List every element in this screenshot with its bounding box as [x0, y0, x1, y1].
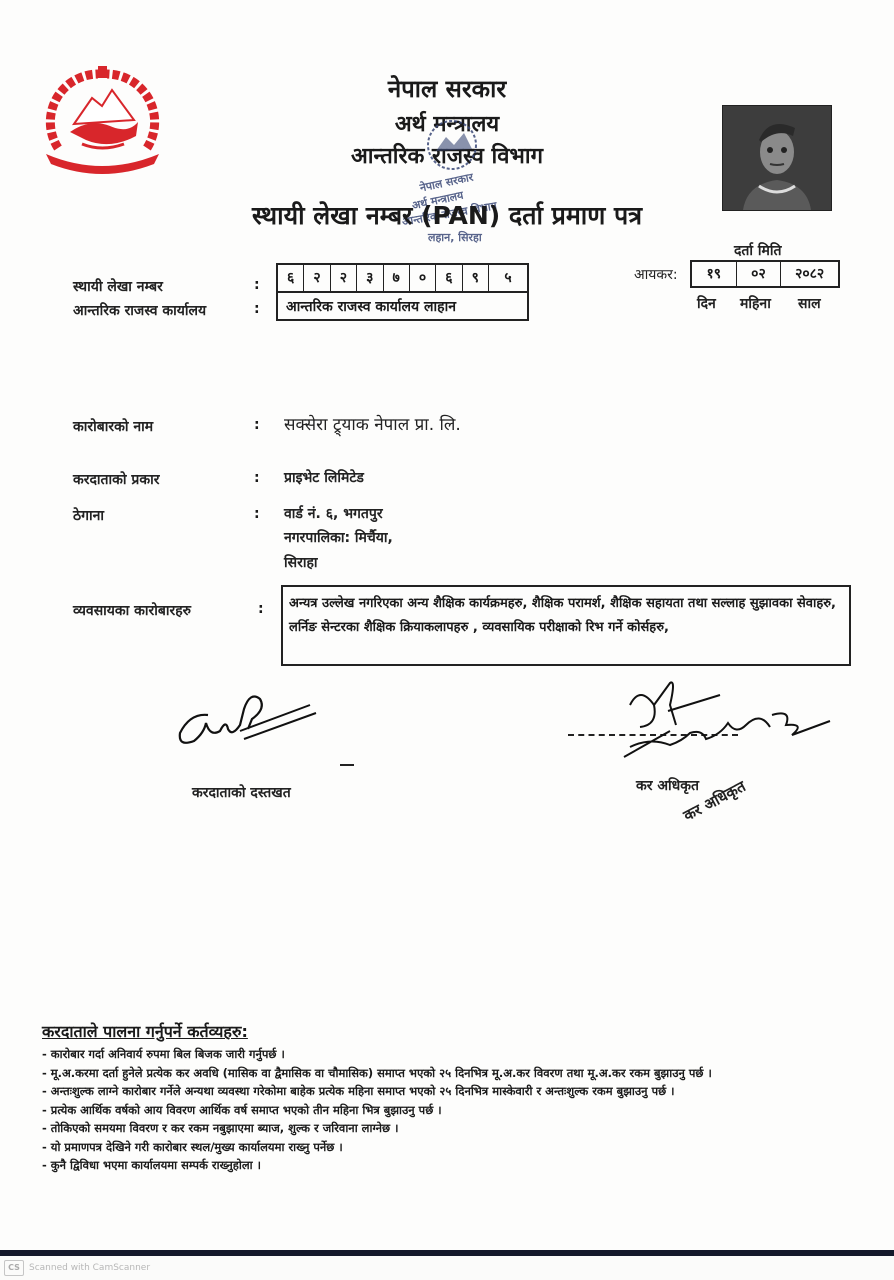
- duty-item: - कारोबार गर्दा अनिवार्य रुपमा बिल बिजक …: [42, 1045, 862, 1064]
- business-activities-value: अन्यत्र उल्लेख नगरिएका अन्य शैक्षिक कार्…: [281, 585, 851, 666]
- pan-colon: :: [254, 277, 260, 293]
- svg-text:लहान, सिरहा: लहान, सिरहा: [427, 230, 483, 244]
- address-line2: नगरपालिका: मिर्चैया,: [284, 528, 393, 547]
- dash-mark: [340, 764, 354, 766]
- duty-item: - तोकिएको समयमा विवरण र कर रकम नबुझाएमा …: [42, 1119, 862, 1138]
- taxpayer-signature: [170, 685, 320, 755]
- registration-date-heading: दर्ता मिति: [734, 241, 782, 260]
- pan-digit: ९: [463, 265, 489, 291]
- duties-title: करदाताले पालना गर्नुपर्ने कर्तव्यहरु:: [42, 1020, 248, 1042]
- address-colon: :: [254, 506, 260, 522]
- tax-office-value: आन्तरिक राजस्व कार्यालय लाहान: [278, 293, 527, 321]
- registration-date-box: १९ ०२ २०८२: [690, 260, 840, 288]
- pan-digit: ६: [436, 265, 462, 291]
- year-label: साल: [798, 294, 821, 313]
- scanner-watermark: CS Scanned with CamScanner: [4, 1260, 150, 1276]
- business-activities-label: व्यवसायका कारोबारहरु: [73, 601, 191, 620]
- pan-digit: ६: [278, 265, 304, 291]
- duty-item: - मू.अ.करमा दर्ता हुनेले प्रत्येक कर अवध…: [42, 1064, 862, 1083]
- pan-label: स्थायी लेखा नम्बर: [73, 277, 163, 296]
- duty-item: - कुनै द्विविधा भएमा कार्यालयमा सम्पर्क …: [42, 1156, 862, 1175]
- address-line3: सिराहा: [284, 553, 318, 572]
- govt-name: नेपाल सरकार: [0, 72, 894, 105]
- camscanner-icon: CS: [4, 1260, 24, 1276]
- taxpayer-type-label: करदाताको प्रकार: [73, 470, 159, 489]
- officer-signature-label: कर अधिकृत: [636, 776, 699, 795]
- pan-digit: २: [331, 265, 357, 291]
- person-photo-icon: [723, 106, 831, 210]
- duties-list: - कारोबार गर्दा अनिवार्य रुपमा बिल बिजक …: [42, 1045, 862, 1175]
- address-line1: वार्ड नं. ६, भगतपुर: [284, 504, 383, 523]
- duty-item: - प्रत्येक आर्थिक वर्षको आय विवरण आर्थिक…: [42, 1101, 862, 1120]
- income-tax-label: आयकर:: [634, 265, 678, 284]
- date-year: २०८२: [781, 262, 838, 286]
- certificate-page: नेपाल सरकार अर्थ मन्त्रालय आन्तरिक राजस्…: [0, 0, 894, 1250]
- taxpayer-type-colon: :: [254, 470, 260, 486]
- month-label: महिना: [740, 294, 771, 313]
- business-name-colon: :: [254, 417, 260, 433]
- pan-digit: ३: [357, 265, 383, 291]
- svg-text:नेपाल सरकार: नेपाल सरकार: [417, 170, 474, 195]
- duty-item: - यो प्रमाणपत्र देखिने गरी कारोबार स्थल/…: [42, 1138, 862, 1157]
- tax-office-colon: :: [254, 301, 260, 317]
- pan-box: ६ २ २ ३ ७ ० ६ ९ ५ आन्तरिक राजस्व कार्याल…: [276, 263, 529, 321]
- address-label: ठेगाना: [73, 506, 104, 525]
- scan-edge: [0, 1250, 894, 1256]
- officer-signature: [610, 675, 840, 775]
- pan-digit: ०: [410, 265, 436, 291]
- pan-digit: २: [304, 265, 330, 291]
- pan-digits: ६ २ २ ३ ७ ० ६ ९ ५: [278, 265, 527, 293]
- taxpayer-photo: [722, 105, 832, 211]
- pan-digit: ७: [384, 265, 410, 291]
- tax-office-label: आन्तरिक राजस्व कार्यालय: [73, 301, 206, 320]
- business-activities-colon: :: [258, 601, 264, 617]
- pan-digit: ५: [489, 265, 527, 291]
- watermark-text: Scanned with CamScanner: [29, 1263, 150, 1273]
- date-day: १९: [692, 262, 737, 286]
- date-month: ०२: [737, 262, 782, 286]
- business-name-value: सक्सेरा ट्र्याक नेपाल प्रा. लि.: [284, 412, 461, 435]
- taxpayer-signature-label: करदाताको दस्तखत: [192, 783, 291, 802]
- duty-item: - अन्तःशुल्क लाग्ने कारोबार गर्नेले अन्य…: [42, 1082, 862, 1101]
- day-label: दिन: [697, 294, 716, 313]
- taxpayer-type-value: प्राइभेट लिमिटेड: [284, 468, 364, 487]
- business-name-label: कारोबारको नाम: [73, 417, 153, 436]
